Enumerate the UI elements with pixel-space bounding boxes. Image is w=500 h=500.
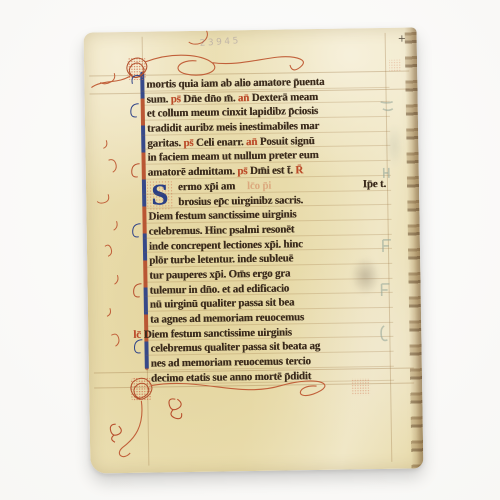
penwork-tendril-top-icon — [146, 53, 304, 76]
penwork-overlay — [84, 27, 424, 473]
margin-squiggles-icon — [95, 73, 119, 346]
offset-patch-bottomright-icon — [351, 378, 370, 395]
offset-patch-topright-icon — [389, 60, 401, 72]
bar-curls-icon — [130, 75, 144, 353]
penwork-tendril-bottomright-icon — [151, 381, 325, 398]
photo-background: S mortis quia iam ab alio amatore p̄uent… — [0, 0, 500, 500]
manuscript-page: S mortis quia iam ab alio amatore p̄uent… — [84, 27, 424, 473]
showthrough-marks-icon — [377, 102, 396, 341]
penwork-floret-left-icon — [110, 424, 121, 442]
penwork-floret-mid-icon — [169, 399, 182, 419]
penwork-tendril-bottomdown-icon — [119, 401, 143, 457]
